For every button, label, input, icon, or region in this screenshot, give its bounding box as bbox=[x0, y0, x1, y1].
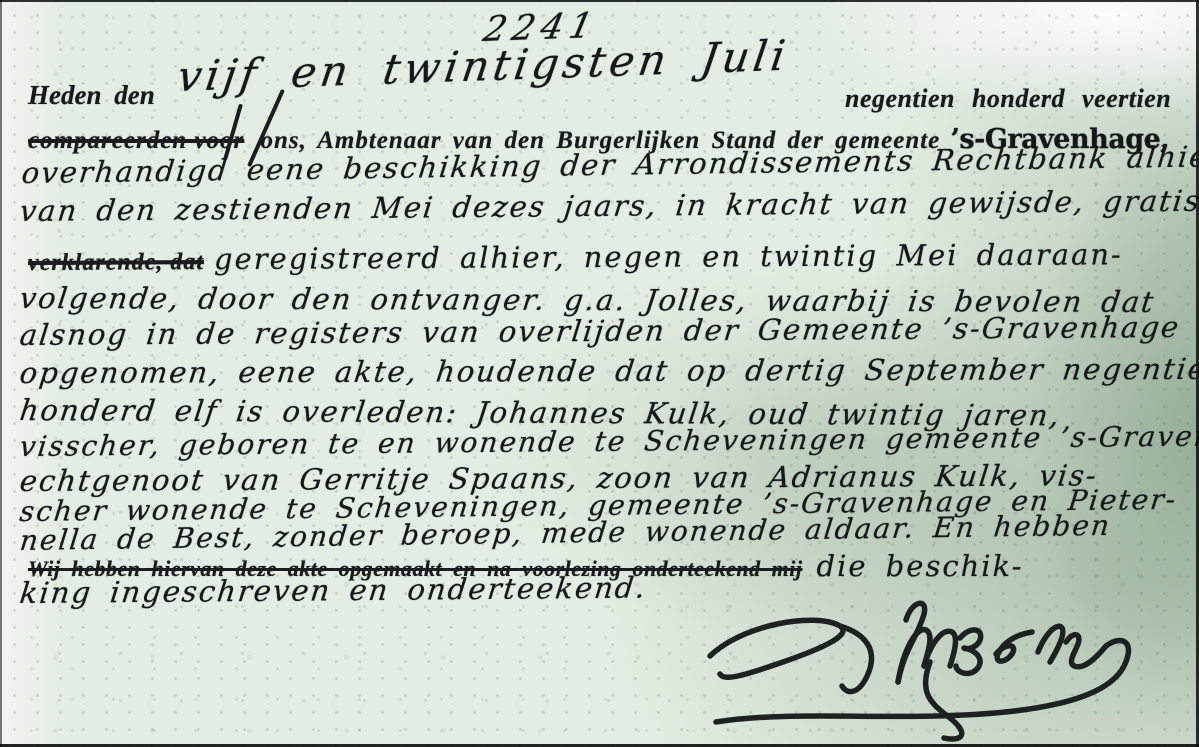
body-line-4: van den zestienden Mei dezes jaars, in k… bbox=[18, 184, 1199, 228]
struck-verklarende-dat: verklarende, dat bbox=[28, 249, 204, 276]
body-line-15: king ingeschreven en onderteekend. bbox=[18, 571, 649, 610]
scan-edge-top bbox=[0, 0, 1199, 2]
body-line-14-script: die beschik- bbox=[817, 549, 1024, 583]
printed-year: negentien honderd veertien bbox=[845, 84, 1171, 114]
signature-flourish-icon bbox=[698, 590, 1193, 742]
handwritten-date: vijf en twintigsten Juli bbox=[175, 31, 793, 101]
printed-heden-den: Heden den bbox=[28, 80, 155, 111]
official-signature bbox=[698, 590, 1193, 742]
scan-edge-left bbox=[0, 0, 2, 747]
death-record-document: 2241 Heden den vijf en twintigsten Juli … bbox=[0, 0, 1199, 747]
body-line-5-script: geregistreerd alhier, negen en twintig M… bbox=[214, 237, 1123, 276]
body-line-8: opgenomen, eene akte, houdende dat op de… bbox=[18, 352, 1199, 390]
struck-compareerden-voor: compareerden voor bbox=[28, 127, 244, 154]
body-line-5: verklarende, dat geregistreerd alhier, n… bbox=[28, 237, 1123, 277]
